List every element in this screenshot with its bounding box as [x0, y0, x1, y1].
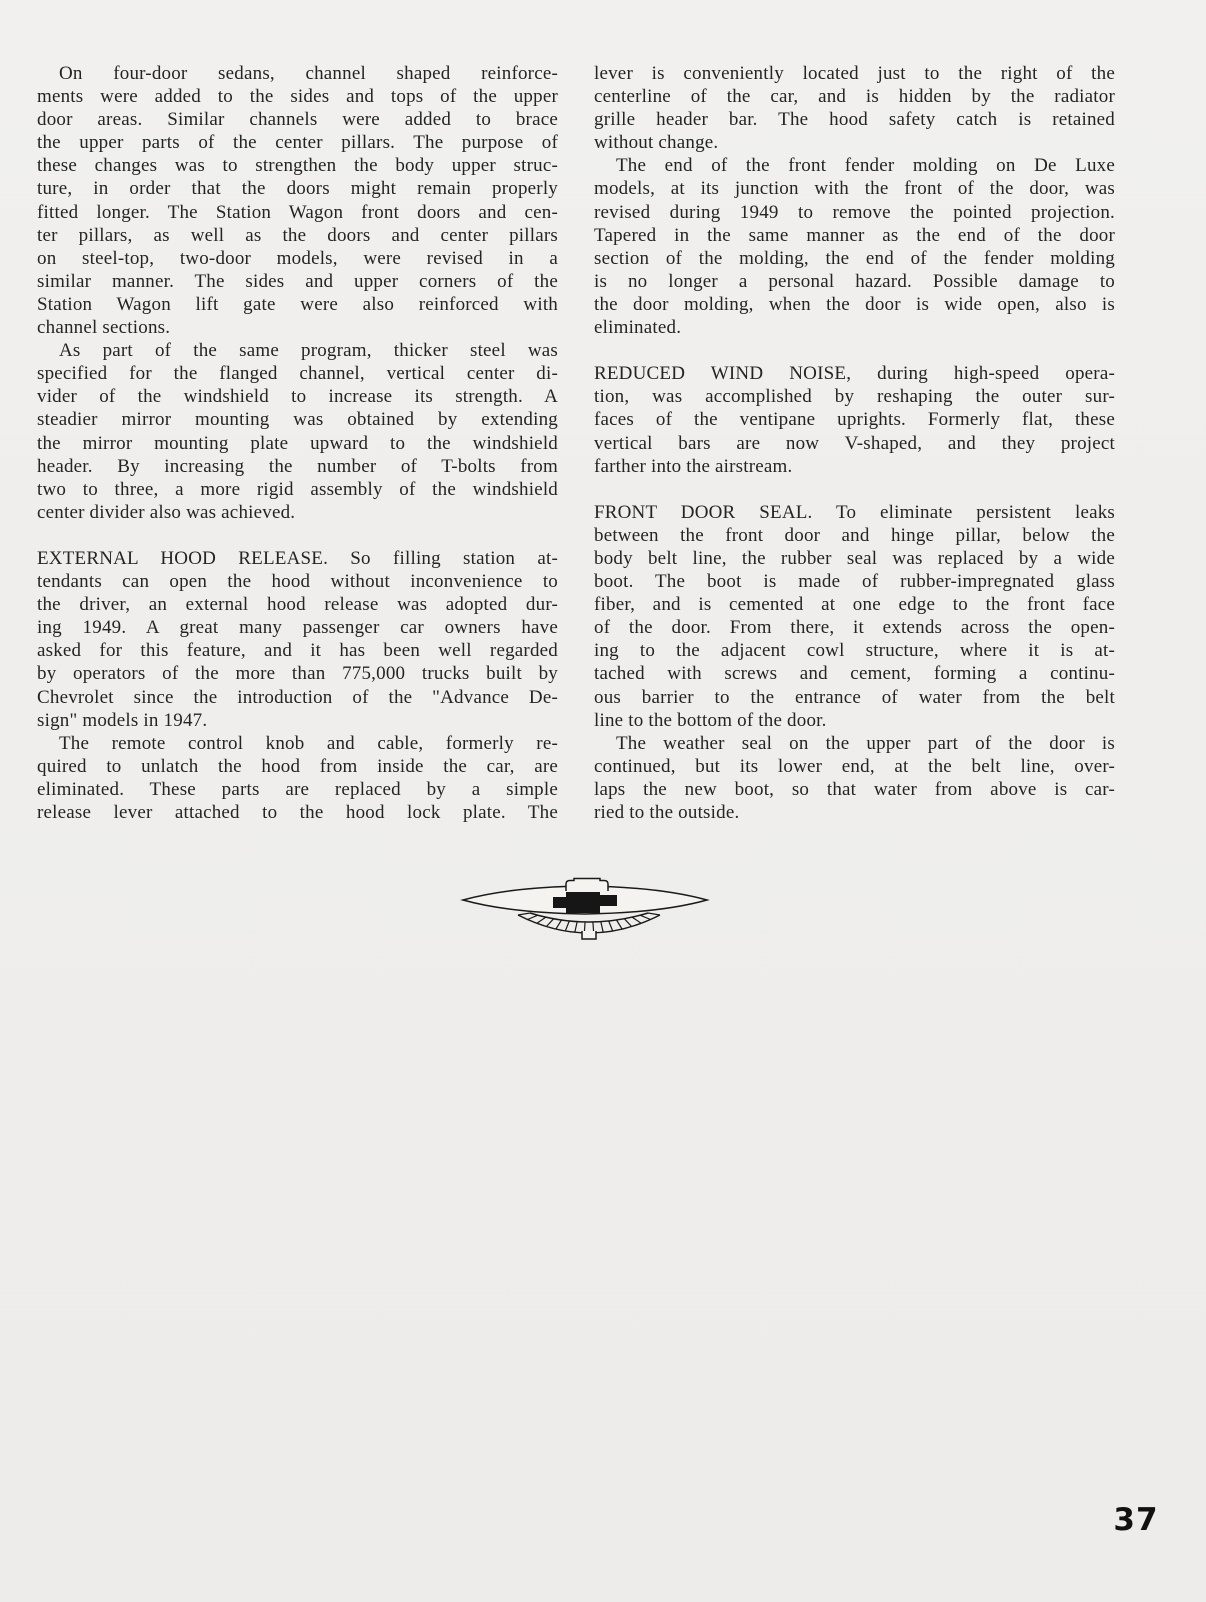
paragraph-front-door-seal: FRONT DOOR SEAL. To eliminate persistent…: [594, 501, 1115, 732]
text-line: As part of the same program, thicker ste…: [37, 339, 558, 362]
text-line: fiber, and is cemented at one edge to th…: [594, 593, 1115, 616]
text-line: continued, but its lower end, at the bel…: [594, 755, 1115, 778]
text-line: release lever attached to the hood lock …: [37, 801, 558, 824]
paragraph-remote-control-knob: The remote control knob and cable, forme…: [37, 732, 558, 824]
text-line: tendants can open the hood without incon…: [37, 570, 558, 593]
text-line: two to three, a more rigid assembly of t…: [37, 478, 558, 501]
text-line: similar manner. The sides and upper corn…: [37, 270, 558, 293]
text-line: boot. The boot is made of rubber-impregn…: [594, 570, 1115, 593]
text-line: tion, was accomplished by reshaping the …: [594, 385, 1115, 408]
emblem-fan-rib: [565, 921, 569, 931]
text-line: centerline of the car, and is hidden by …: [594, 85, 1115, 108]
document-page: On four-door sedans, channel shaped rein…: [0, 0, 1206, 1602]
text-line: is no longer a personal hazard. Possible…: [594, 270, 1115, 293]
paragraph-external-hood-release: EXTERNAL HOOD RELEASE. So filling statio…: [37, 547, 558, 732]
text-line: FRONT DOOR SEAL. To eliminate persistent…: [594, 501, 1115, 524]
text-line: ous barrier to the entrance of water fro…: [594, 686, 1115, 709]
text-line: line to the bottom of the door.: [594, 709, 1115, 732]
text-line: ing 1949. A great many passenger car own…: [37, 616, 558, 639]
text-line: The end of the front fender molding on D…: [594, 154, 1115, 177]
text-line: Station Wagon lift gate were also reinfo…: [37, 293, 558, 316]
text-line: asked for this feature, and it has been …: [37, 639, 558, 662]
text-line: grille header bar. The hood safety catch…: [594, 108, 1115, 131]
text-line: specified for the flanged channel, verti…: [37, 362, 558, 385]
paragraph-weather-seal: The weather seal on the upper part of th…: [594, 732, 1115, 824]
text-line: sign" models in 1947.: [37, 709, 558, 732]
emblem-fan-rib: [575, 922, 577, 933]
emblem-fan-rib: [609, 921, 613, 931]
emblem-top-cap: [566, 879, 608, 892]
text-line: ried to the outside.: [594, 801, 1115, 824]
text-line: vertical bars are now V-shaped, and they…: [594, 432, 1115, 455]
text-line: ing to the adjacent cowl structure, wher…: [594, 639, 1115, 662]
emblem-fan-rib: [617, 920, 623, 929]
text-line: fitted longer. The Station Wagon front d…: [37, 201, 558, 224]
right-text-column: lever is conveniently located just to th…: [594, 62, 1115, 824]
text-line: faces of the ventipane uprights. Formerl…: [594, 408, 1115, 431]
text-line: Chevrolet since the introduction of the …: [37, 686, 558, 709]
emblem-fan-rib: [546, 919, 553, 927]
text-line: eliminated. These parts are replaced by …: [37, 778, 558, 801]
paragraph-same-program: As part of the same program, thicker ste…: [37, 339, 558, 524]
text-line: revised during 1949 to remove the pointe…: [594, 201, 1115, 224]
text-line: body belt line, the rubber seal was repl…: [594, 547, 1115, 570]
emblem-fan-rib: [528, 915, 538, 919]
emblem-fan-rib: [632, 917, 641, 923]
text-line: the upper parts of the center pillars. T…: [37, 131, 558, 154]
emblem-fan-outer-arc: [518, 915, 660, 933]
text-line: On four-door sedans, channel shaped rein…: [37, 62, 558, 85]
text-line: laps the new boot, so that water from ab…: [594, 778, 1115, 801]
text-line: door areas. Similar channels were added …: [37, 108, 558, 131]
text-line: quired to unlatch the hood from inside t…: [37, 755, 558, 778]
text-line: between the front door and hinge pillar,…: [594, 524, 1115, 547]
emblem-fan-rib: [640, 915, 650, 919]
text-line: The weather seal on the upper part of th…: [594, 732, 1115, 755]
text-line: by operators of the more than 775,000 tr…: [37, 662, 558, 685]
text-line: lever is conveniently located just to th…: [594, 62, 1115, 85]
emblem-bottom-tab: [582, 931, 596, 939]
paragraph-lever-location: lever is conveniently located just to th…: [594, 62, 1115, 154]
text-line: the driver, an external hood release was…: [37, 593, 558, 616]
chevrolet-hood-emblem-illustration: [450, 870, 720, 950]
text-line: header. By increasing the number of T-bo…: [37, 455, 558, 478]
emblem-fan-rib: [518, 913, 530, 915]
emblem-fan-rib: [648, 913, 660, 915]
text-line: the door molding, when the door is wide …: [594, 293, 1115, 316]
emblem-fan-rib: [601, 922, 603, 933]
text-line: section of the molding, the end of the f…: [594, 247, 1115, 270]
page-number: 37: [1106, 1502, 1166, 1538]
text-line: on steel-top, two-door models, were revi…: [37, 247, 558, 270]
text-line: Tapered in the same manner as the end of…: [594, 224, 1115, 247]
emblem-fan-rib: [556, 920, 562, 929]
text-line: the mirror mounting plate upward to the …: [37, 432, 558, 455]
left-text-column: On four-door sedans, channel shaped rein…: [37, 62, 558, 824]
emblem-fan-rib: [537, 917, 546, 923]
paragraph-four-door-sedans: On four-door sedans, channel shaped rein…: [37, 62, 558, 339]
text-line: ture, in order that the doors might rema…: [37, 177, 558, 200]
text-line: center divider also was achieved.: [37, 501, 558, 524]
paragraph-reduced-wind-noise: REDUCED WIND NOISE, during high-speed op…: [594, 362, 1115, 477]
text-line: eliminated.: [594, 316, 1115, 339]
text-line: vider of the windshield to increase its …: [37, 385, 558, 408]
text-line: ments were added to the sides and tops o…: [37, 85, 558, 108]
text-line: these changes was to strengthen the body…: [37, 154, 558, 177]
paragraph-fender-molding: The end of the front fender molding on D…: [594, 154, 1115, 339]
text-line: REDUCED WIND NOISE, during high-speed op…: [594, 362, 1115, 385]
text-line: without change.: [594, 131, 1115, 154]
text-line: EXTERNAL HOOD RELEASE. So filling statio…: [37, 547, 558, 570]
text-line: tached with screws and cement, forming a…: [594, 662, 1115, 685]
emblem-fan-rib: [624, 919, 631, 927]
text-line: models, at its junction with the front o…: [594, 177, 1115, 200]
text-line: channel sections.: [37, 316, 558, 339]
text-line: The remote control knob and cable, forme…: [37, 732, 558, 755]
text-line: farther into the airstream.: [594, 455, 1115, 478]
text-line: ter pillars, as well as the doors and ce…: [37, 224, 558, 247]
text-line: steadier mirror mounting was obtained by…: [37, 408, 558, 431]
text-line: of the door. From there, it extends acro…: [594, 616, 1115, 639]
